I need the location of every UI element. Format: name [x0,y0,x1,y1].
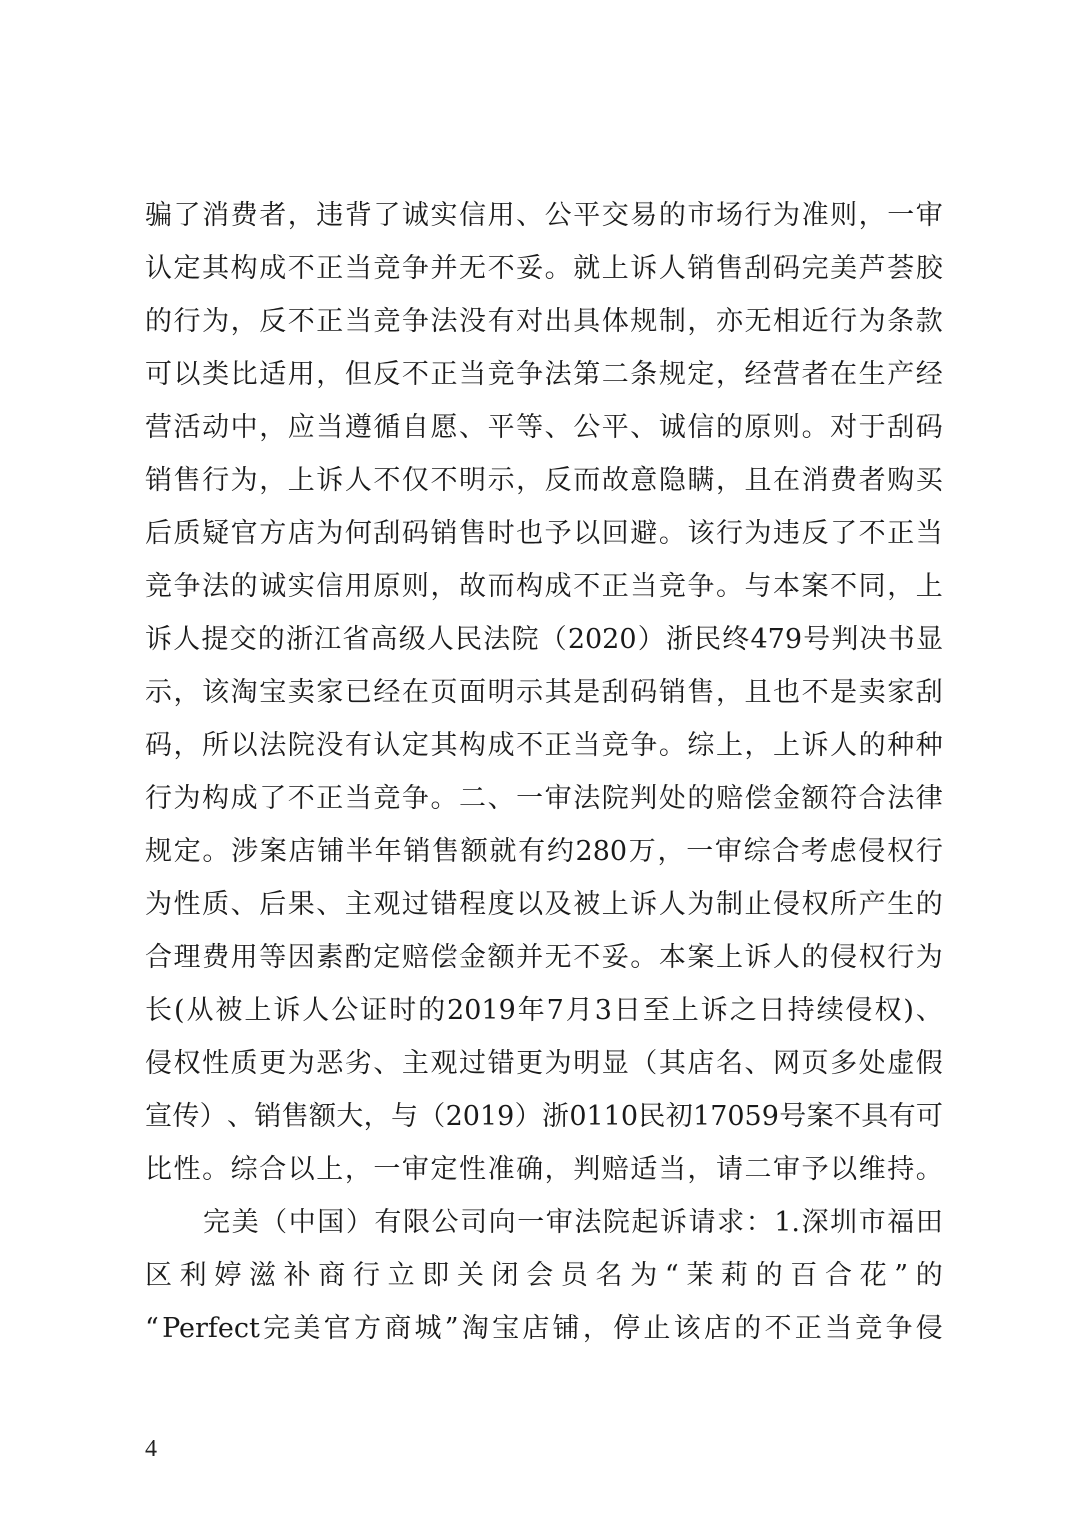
text-line: 的行为，反不正当竞争法没有对出具体规制，亦无相近行为条款 [145,302,943,342]
document-page: 骗了消费者，违背了诚实信用、公平交易的市场行为准则，一审 认定其构成不正当竞争并… [0,0,1080,1527]
text-line: “Perfect完美官方商城”淘宝店铺，停止该店的不正当竞争侵 [145,1309,943,1349]
text-line: 规定。涉案店铺半年销售额就有约280万，一审综合考虑侵权行 [145,832,943,872]
text-line: 码，所以法院没有认定其构成不正当竞争。综上，上诉人的种种 [145,726,943,766]
text-line: 可以类比适用，但反不正当竞争法第二条规定，经营者在生产经 [145,355,943,395]
text-line: 完美（中国）有限公司向一审法院起诉请求：1.深圳市福田 [203,1203,943,1243]
text-line: 长(从被上诉人公证时的2019年7月3日至上诉之日持续侵权)、 [145,991,943,1031]
text-line: 诉人提交的浙江省高级人民法院（2020）浙民终479号判决书显 [145,620,943,660]
page-number: 4 [145,1436,157,1463]
text-line: 认定其构成不正当竞争并无不妥。就上诉人销售刮码完美芦荟胶 [145,249,943,289]
text-line: 宣传）、销售额大，与（2019）浙0110民初17059号案不具有可 [145,1097,943,1137]
text-line: 比性。综合以上，一审定性准确，判赔适当，请二审予以维持。 [145,1150,943,1190]
text-line: 行为构成了不正当竞争。二、一审法院判处的赔偿金额符合法律 [145,779,943,819]
text-line: 区利婷滋补商行立即关闭会员名为“茉莉的百合花”的 [145,1256,943,1296]
text-line: 后质疑官方店为何刮码销售时也予以回避。该行为违反了不正当 [145,514,943,554]
text-line: 为性质、后果、主观过错程度以及被上诉人为制止侵权所产生的 [145,885,943,925]
text-line: 骗了消费者，违背了诚实信用、公平交易的市场行为准则，一审 [145,196,943,236]
text-line: 合理费用等因素酌定赔偿金额并无不妥。本案上诉人的侵权行为 [145,938,943,978]
text-line: 侵权性质更为恶劣、主观过错更为明显（其店名、网页多处虚假 [145,1044,943,1084]
text-line: 示，该淘宝卖家已经在页面明示其是刮码销售，且也不是卖家刮 [145,673,943,713]
text-line: 竞争法的诚实信用原则，故而构成不正当竞争。与本案不同，上 [145,567,943,607]
text-line: 销售行为，上诉人不仅不明示，反而故意隐瞒，且在消费者购买 [145,461,943,501]
text-line: 营活动中，应当遵循自愿、平等、公平、诚信的原则。对于刮码 [145,408,943,448]
